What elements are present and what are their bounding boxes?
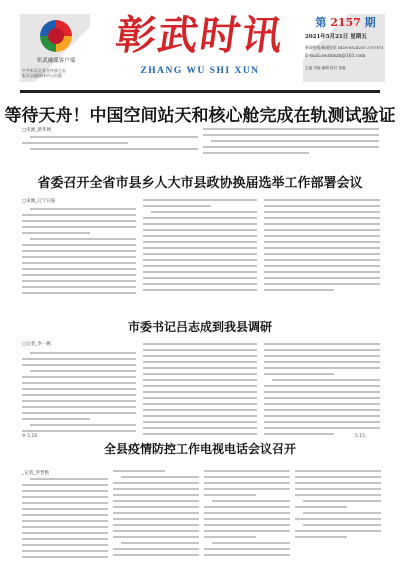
newspaper-title-pinyin: ZHANG WU SHI XUN [100, 66, 300, 76]
app-logo-icon [40, 20, 72, 52]
article-byline: _记者_罗晋艳 [22, 470, 49, 476]
page-reference: 5.15 [355, 434, 365, 439]
article-column [264, 343, 380, 439]
article-column [264, 199, 380, 295]
article-column [143, 343, 257, 439]
publisher-info: 中共彰武县委宣传部主办 彰武县融媒体中心出版 [22, 68, 92, 78]
newspaper-title: 彰武时讯 [97, 12, 304, 60]
masthead-divider [20, 90, 380, 93]
article-headline: 等待天舟！中国空间站天和核心舱完成在轨测试验证 [0, 101, 400, 126]
issue-number: 第 2157 期 [313, 14, 378, 30]
article-column [22, 136, 198, 154]
article-column [22, 208, 136, 298]
masthead-info-block: 第 2157 期 2021年5月21日 星期五 新闻热线/新闻投诉 0418-6… [303, 14, 385, 82]
article-column [22, 352, 136, 436]
logo-label: 彰武融媒客户端 [24, 56, 88, 64]
contact-email: E-mail:zwrmszb@163.com [305, 54, 365, 59]
article-headline: 市委书记吕志成到我县调研 [0, 318, 400, 335]
masthead-logo-block: 彰武融媒客户端 中共彰武县委宣传部主办 彰武县融媒体中心出版 [20, 14, 90, 82]
article-byline: □记者_李一帆 [22, 341, 51, 347]
news-hotline: 新闻热线/新闻投诉 0418-6824230 2707871 [305, 45, 384, 51]
article-column [203, 128, 379, 158]
article-headline: 全县疫情防控工作电视电话会议召开 [0, 440, 400, 457]
publisher-line: 彰武县融媒体中心出版 [22, 73, 92, 78]
page-reference: ※ 5.16 [22, 434, 37, 439]
article-column [143, 199, 257, 295]
article-byline: □来源_辽宁日报 [22, 198, 56, 204]
article-column [22, 478, 108, 562]
article-byline: □来源_新华网 [22, 127, 51, 133]
issue-prefix: 第 [315, 16, 326, 29]
article-headline: 省委召开全省市县乡人大市县政协换届选举工作部署会议 [0, 172, 400, 191]
article-column [113, 470, 199, 560]
editorial-staff: 主编 责编 编辑 校对 美编 [305, 66, 383, 71]
issue-date: 2021年5月21日 星期五 [305, 32, 367, 40]
article-column [204, 470, 290, 560]
issue-number-value: 2157 [330, 16, 361, 29]
issue-suffix: 期 [365, 16, 376, 29]
article-column [295, 470, 381, 542]
masthead: 彰武融媒客户端 中共彰武县委宣传部主办 彰武县融媒体中心出版 彰武时讯 ZHAN… [0, 0, 400, 92]
